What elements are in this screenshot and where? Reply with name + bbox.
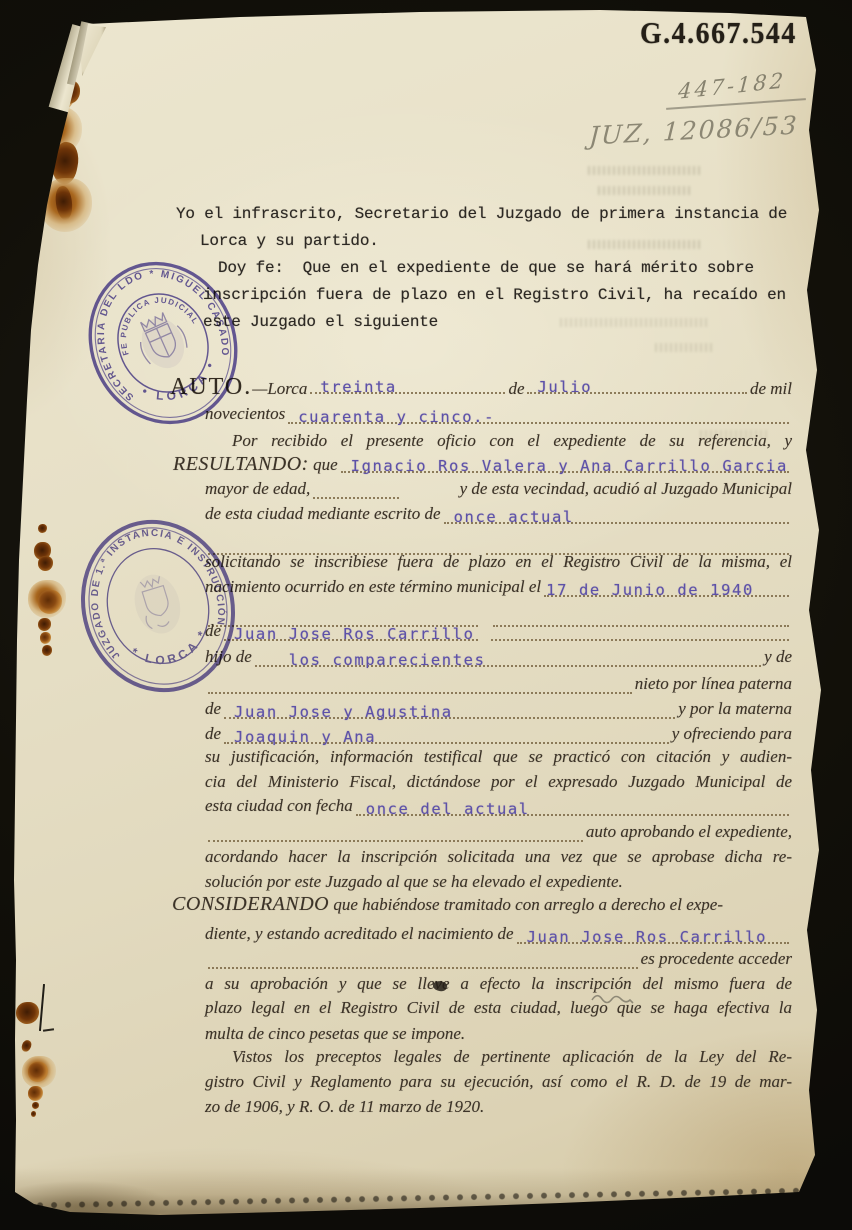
form-line: diente, y estando acreditado el nacimien… [205, 924, 792, 947]
typed-fill-year: cuarenta y cinco.- [298, 408, 495, 426]
form-line: acordando hacer la inscripción solicitad… [205, 847, 792, 870]
printed-text: de esta ciudad mediante escrito de [205, 504, 441, 524]
form-line: de Juan Jose Ros Carrillo [205, 621, 792, 644]
form-line: gistro Civil y Reglamento para su ejecuc… [205, 1072, 792, 1095]
form-line: de Joaquin y Ana y ofreciendo para [205, 724, 792, 747]
printed-text: de mil [750, 379, 792, 399]
dotted-blank: 17 de Junio de 1940 [544, 590, 789, 597]
form-line: solución por este Juzgado al que se ha e… [205, 872, 792, 895]
bleed-through-mark [588, 166, 703, 175]
printed-text: diente, y estando acreditado el nacimien… [205, 924, 514, 944]
form-line: esta ciudad con fecha once del actual [205, 796, 792, 819]
dotted-blank: Joaquin y Ana [224, 737, 669, 744]
bleed-through-mark [560, 318, 710, 327]
bleed-through-mark [588, 240, 700, 249]
form-line: su justificación, información testifical… [205, 747, 792, 770]
resultando-keyword: RESULTANDO: [173, 453, 309, 476]
typed-fill-parents-ref: los comparecientes [289, 651, 486, 669]
dotted-blank [208, 962, 638, 969]
form-line: mayor de edad, y de esta vecindad, acudi… [205, 479, 792, 502]
form-line: Vistos los preceptos legales de pertinen… [232, 1047, 792, 1070]
form-line: cia del Ministerio Fiscal, dictándose po… [205, 772, 792, 795]
rust-stain [38, 524, 47, 533]
printed-text: que habiéndose tramitado con arreglo a d… [329, 895, 792, 915]
typed-fill-child-name-2: Juan Jose Ros Carrillo [527, 928, 768, 946]
dotted-blank: Juan Jose Ros Carrillo [517, 937, 789, 944]
printed-text: que [309, 455, 338, 475]
pencil-scribble [590, 991, 642, 1005]
typed-fill-day: treinta [320, 378, 397, 396]
form-line-considerando: CONSIDERANDO que habiéndose tramitado co… [172, 893, 792, 916]
form-line: solicitando se inscribiese fuera de plaz… [205, 552, 792, 575]
staple-mark [43, 1028, 54, 1032]
form-line: de Juan Jose y Agustina y por la materna [205, 699, 792, 722]
form-line: es procedente acceder [205, 949, 792, 972]
printed-text: esta ciudad con fecha [205, 796, 353, 816]
dotted-blank: once actual [444, 517, 789, 524]
form-line: multa de cinco pesetas que se impone. [205, 1024, 792, 1047]
typed-fill-birthdate: 17 de Junio de 1940 [546, 581, 754, 599]
dotted-blank: Julio [527, 387, 746, 394]
dotted-blank: cuarenta y cinco.- [288, 417, 789, 424]
dotted-blank [491, 634, 789, 641]
printed-text: y de [764, 647, 792, 667]
typed-line: Doy fe: Que en el expediente de que se h… [218, 259, 754, 277]
rust-stain [32, 1102, 39, 1109]
typed-line: Lorca y su partido. [200, 232, 379, 250]
typed-fill-maternal-grandparents: Joaquin y Ana [234, 728, 376, 746]
dotted-blank: once del actual [356, 809, 789, 816]
rust-stain [38, 618, 51, 631]
typed-fill-paternal-grandparents: Juan Jose y Agustina [234, 703, 453, 721]
form-line: hijo de los comparecientes y de [205, 647, 792, 670]
printed-text: y ofreciendo para [672, 724, 792, 744]
printed-text: nacimiento ocurrido en este término muni… [205, 577, 541, 597]
form-line: a su aprobación y que se lleve a efecto … [205, 974, 792, 997]
dotted-blank [208, 835, 583, 842]
form-line: de esta ciudad mediante escrito de once … [205, 504, 792, 527]
stamp-coat-of-arms [128, 569, 188, 639]
staple-mark [39, 984, 45, 1031]
bleed-through-mark [598, 186, 693, 195]
dotted-blank: Juan Jose Ros Carrillo [224, 634, 478, 641]
form-line: plazo legal en el Registro Civil de esta… [205, 998, 792, 1021]
typed-line: inscripción fuera de plazo en el Registr… [203, 286, 786, 304]
typed-fill-parents: Ignacio Ros Valera y Ana Carrillo Garcia [351, 457, 788, 475]
stamp-coat-of-arms [131, 308, 194, 376]
form-line: Por recibido el presente oficio con el e… [232, 431, 792, 454]
bleed-through-mark [655, 343, 715, 352]
rust-stain [16, 1002, 39, 1024]
form-line: auto aprobando el expediente, [205, 822, 792, 845]
typed-fill-fecha: once del actual [366, 800, 530, 818]
printed-text: de [205, 724, 221, 744]
printed-text: y por la materna [678, 699, 792, 719]
scanned-document-photo: { "annotations": { "serial_number": "G.4… [0, 0, 852, 1230]
rust-stain [31, 1111, 36, 1117]
serial-number: G.4.667.544 [640, 16, 797, 51]
printed-text: auto aprobando el expediente, [586, 822, 792, 842]
rust-stain [40, 632, 51, 644]
form-line-resultando: RESULTANDO: que Ignacio Ros Valera y Ana… [173, 453, 792, 476]
dotted-blank [313, 492, 399, 499]
typed-fill-month: Julio [537, 378, 592, 396]
printed-text: mayor de edad, [205, 479, 310, 499]
dotted-blank: treinta [310, 387, 505, 394]
printed-text: de [508, 379, 524, 399]
considerando-keyword: CONSIDERANDO [172, 893, 329, 916]
printed-text: es procedente acceder [641, 949, 792, 969]
form-line: zo de 1906, y R. O. de 11 marzo de 1920. [205, 1097, 792, 1120]
dotted-blank [208, 687, 632, 694]
printed-text: de [205, 699, 221, 719]
archive-file-number: JUZ, 12086/53 [588, 110, 799, 150]
dotted-blank: Juan Jose y Agustina [224, 712, 675, 719]
pencil-reference: 447-182 [677, 68, 786, 104]
dotted-blank: los comparecientes [255, 660, 761, 667]
form-line: novecientos cuarenta y cinco.- [205, 404, 792, 427]
typed-fill-escrito: once actual [454, 508, 574, 526]
rust-stain [28, 1086, 43, 1101]
typed-line: Yo el infrascrito, Secretario del Juzgad… [176, 205, 787, 223]
form-line: nieto por línea paterna [205, 674, 792, 697]
dotted-blank: Ignacio Ros Valera y Ana Carrillo Garcia [341, 466, 789, 473]
rust-stain [20, 1039, 33, 1053]
typed-fill-child-name: Juan Jose Ros Carrillo [234, 625, 475, 643]
form-line: nacimiento ocurrido en este término muni… [205, 577, 792, 600]
printed-text: y de esta vecindad, acudió al Juzgado Mu… [402, 479, 792, 499]
printed-text: nieto por línea paterna [635, 674, 792, 694]
document-paper: G.4.667.544 447-182 JUZ, 12086/53 Yo el … [0, 0, 852, 1230]
rust-stain [42, 645, 52, 656]
